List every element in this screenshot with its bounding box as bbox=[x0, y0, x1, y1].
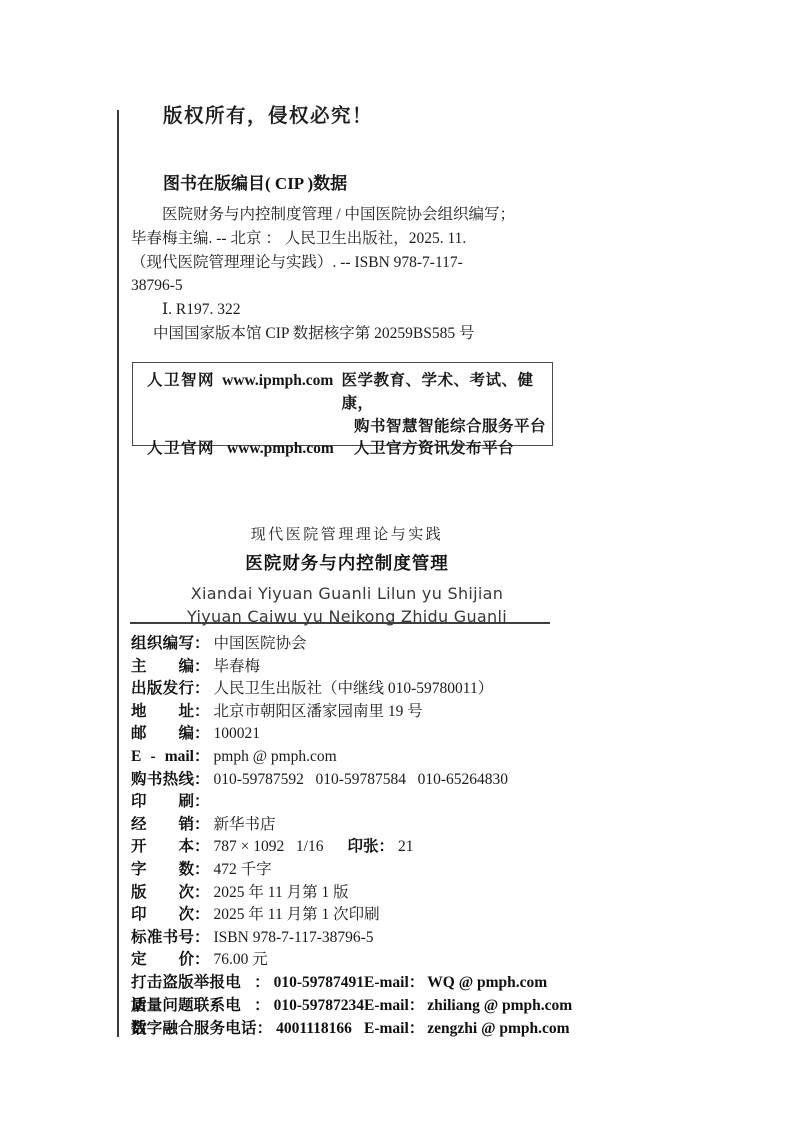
info-value: 新华书店 bbox=[214, 814, 276, 837]
info-colon: ： bbox=[194, 678, 210, 701]
info-label: 标准书号 bbox=[131, 927, 194, 950]
email-value: WQ @ pmph.com bbox=[427, 972, 547, 995]
platform-url: www.pmph.com bbox=[227, 438, 354, 461]
hotline-label: 数字融合服务电话 bbox=[131, 1018, 257, 1041]
info-row: 定价：76.00 元 bbox=[131, 949, 508, 972]
platform-desc: 购书智慧智能综合服务平台 bbox=[354, 416, 546, 439]
hotline-list: 打击盗版举报电话：010-59787491 E-mail：WQ @ pmph.c… bbox=[131, 972, 572, 1041]
cip-line: 毕春梅主编. -- 北京 ： 人民卫生出版社，2025. 11. bbox=[131, 227, 579, 251]
info-value: 人民卫生出版社（中继线 010-59780011） bbox=[214, 678, 494, 701]
info-row: 购书热线：010-59787592 010-59787584 010-65264… bbox=[131, 769, 508, 792]
info-colon: ： bbox=[194, 656, 210, 679]
info-label: 印刷 bbox=[131, 791, 194, 814]
info-value: ISBN 978-7-117-38796-5 bbox=[214, 927, 374, 950]
yinzhang-value: 21 bbox=[398, 836, 414, 859]
info-row: 印次：2025 年 11 月第 1 次印刷 bbox=[131, 904, 508, 927]
info-colon: ： bbox=[194, 746, 210, 769]
title-block: 现代医院管理理论与实践 医院财务与内控制度管理 Xiandai Yiyuan G… bbox=[131, 523, 563, 628]
platform-url bbox=[227, 416, 354, 439]
email-value: zhiliang @ pmph.com bbox=[427, 995, 572, 1018]
service-row: 人卫官网 www.pmph.com 人卫官方资讯发布平台 bbox=[147, 438, 552, 461]
info-value: 787 × 1092 1/16 bbox=[214, 836, 348, 859]
info-label: 定价 bbox=[131, 949, 194, 972]
email-label: E-mail bbox=[364, 1018, 409, 1041]
info-label: 地址 bbox=[131, 701, 194, 724]
hotline-row: 打击盗版举报电话：010-59787491 E-mail：WQ @ pmph.c… bbox=[131, 972, 572, 995]
hotline-phone: 010-59787234 bbox=[274, 995, 364, 1018]
info-value: pmph @ pmph.com bbox=[214, 746, 337, 769]
hotline-row: 数字融合服务电话：4001118166 E-mail：zengzhi @ pmp… bbox=[131, 1018, 572, 1041]
info-row: 出版发行：人民卫生出版社（中继线 010-59780011） bbox=[131, 678, 508, 701]
hotline-group: 数字融合服务电话：4001118166 bbox=[131, 1018, 364, 1041]
info-colon: ： bbox=[194, 859, 210, 882]
info-row: 经销：新华书店 bbox=[131, 814, 508, 837]
info-row: 组织编写：中国医院协会 bbox=[131, 633, 508, 656]
info-label: E - mail bbox=[131, 746, 194, 769]
platform-desc: 医学教育、学术、考试、健康， bbox=[342, 370, 553, 416]
info-label: 印次 bbox=[131, 904, 194, 927]
info-value: 毕春梅 bbox=[214, 656, 261, 679]
info-colon: ： bbox=[194, 701, 210, 724]
platform-name bbox=[147, 416, 227, 439]
info-colon: ： bbox=[194, 814, 210, 837]
cip-heading-pre: 图书在版编目 bbox=[163, 174, 265, 193]
info-value: 2025 年 11 月第 1 版 bbox=[214, 882, 349, 905]
info-label: 组织编写 bbox=[131, 633, 194, 656]
info-row: 地址：北京市朝阳区潘家园南里 19 号 bbox=[131, 701, 508, 724]
info-value: 2025 年 11 月第 1 次印刷 bbox=[214, 904, 380, 927]
page-spine-line bbox=[117, 110, 119, 1037]
info-row: E - mail：pmph @ pmph.com bbox=[131, 746, 508, 769]
info-colon: ： bbox=[409, 995, 425, 1018]
hotline-row: 质量问题联系电话：010-59787234 E-mail：zhiliang @ … bbox=[131, 995, 572, 1018]
publication-info-list: 组织编写：中国医院协会 主编：毕春梅 出版发行：人民卫生出版社（中继线 010-… bbox=[131, 633, 508, 972]
info-colon: ： bbox=[409, 1018, 425, 1041]
cip-data-block: 医院财务与内控制度管理 / 中国医院协会组织编写； 毕春梅主编. -- 北京 ：… bbox=[131, 203, 579, 346]
info-colon: ： bbox=[194, 723, 210, 746]
info-row: 邮编：100021 bbox=[131, 723, 508, 746]
info-label: 购书热线 bbox=[131, 769, 194, 792]
info-label: 邮编 bbox=[131, 723, 194, 746]
pinyin-series: Xiandai Yiyuan Guanli Lilun yu Shijian bbox=[131, 582, 563, 605]
info-colon: ： bbox=[257, 1018, 273, 1041]
info-row: 版次：2025 年 11 月第 1 版 bbox=[131, 882, 508, 905]
yinzhang-label: 印张 bbox=[348, 836, 379, 859]
email-value: zengzhi @ pmph.com bbox=[427, 1018, 569, 1041]
info-label: 出版发行 bbox=[131, 678, 194, 701]
service-row: 购书智慧智能综合服务平台 bbox=[147, 416, 552, 439]
divider-rule bbox=[130, 622, 550, 624]
info-row: 标准书号：ISBN 978-7-117-38796-5 bbox=[131, 927, 508, 950]
info-row: 主编：毕春梅 bbox=[131, 656, 508, 679]
info-colon: ： bbox=[194, 791, 210, 814]
info-colon: ： bbox=[254, 972, 270, 995]
platform-name: 人卫官网 bbox=[147, 438, 227, 461]
platform-desc: 人卫官方资讯发布平台 bbox=[354, 438, 514, 461]
info-colon: ： bbox=[194, 633, 210, 656]
cip-line: 中国国家版本馆 CIP 数据核字第 20259BS585 号 bbox=[131, 322, 579, 346]
info-colon: ： bbox=[194, 949, 210, 972]
info-label: 字数 bbox=[131, 859, 194, 882]
pinyin-title: Yiyuan Caiwu yu Neikong Zhidu Guanli bbox=[131, 605, 563, 628]
info-value: 76.00 元 bbox=[214, 949, 268, 972]
info-colon: ： bbox=[194, 836, 210, 859]
info-value: 100021 bbox=[214, 723, 261, 746]
info-colon: ： bbox=[254, 995, 270, 1018]
email-label: E-mail bbox=[364, 995, 409, 1018]
info-row-kaiben: 开本：787 × 1092 1/16印张：21 bbox=[131, 836, 508, 859]
hotline-phone: 010-59787491 bbox=[274, 972, 364, 995]
info-colon: ： bbox=[194, 769, 210, 792]
cip-line: 38796-5 bbox=[131, 274, 579, 298]
cip-heading-cip: ( CIP ) bbox=[265, 174, 313, 193]
copyright-notice: 版权所有，侵权必究！ bbox=[163, 100, 373, 128]
info-colon: ： bbox=[194, 927, 210, 950]
copyright-page: 版权所有，侵权必究！ 图书在版编目( CIP )数据 医院财务与内控制度管理 /… bbox=[0, 0, 800, 1146]
service-row: 人卫智网 www.ipmph.com 医学教育、学术、考试、健康， bbox=[147, 370, 552, 416]
info-value: 中国医院协会 bbox=[214, 633, 307, 656]
cip-heading: 图书在版编目( CIP )数据 bbox=[163, 169, 347, 194]
publisher-services-box: 人卫智网 www.ipmph.com 医学教育、学术、考试、健康， 购书智慧智能… bbox=[132, 362, 553, 446]
info-row: 字数：472 千字 bbox=[131, 859, 508, 882]
cip-line: （现代医院管理理论与实践）. -- ISBN 978-7-117- bbox=[131, 251, 579, 275]
info-value: 010-59787592 010-59787584 010-65264830 bbox=[214, 769, 509, 792]
hotline-phone: 4001118166 bbox=[276, 1018, 352, 1041]
cip-line: Ⅰ. R197. 322 bbox=[131, 298, 579, 322]
platform-url: www.ipmph.com bbox=[222, 370, 341, 416]
info-label: 版次 bbox=[131, 882, 194, 905]
info-value: 北京市朝阳区潘家园南里 19 号 bbox=[214, 701, 423, 724]
series-title: 现代医院管理理论与实践 bbox=[131, 523, 563, 544]
info-row: 印刷： bbox=[131, 791, 508, 814]
book-title: 医院财务与内控制度管理 bbox=[131, 550, 563, 575]
info-colon: ： bbox=[194, 882, 210, 905]
info-value: 472 千字 bbox=[214, 859, 272, 882]
platform-name: 人卫智网 bbox=[147, 370, 222, 416]
info-label: 主编 bbox=[131, 656, 194, 679]
info-colon: ： bbox=[379, 836, 395, 859]
info-colon: ： bbox=[409, 972, 425, 995]
info-label: 经销 bbox=[131, 814, 194, 837]
cip-line: 医院财务与内控制度管理 / 中国医院协会组织编写； bbox=[131, 203, 579, 227]
info-label: 开本 bbox=[131, 836, 194, 859]
email-label: E-mail bbox=[364, 972, 409, 995]
info-colon: ： bbox=[194, 904, 210, 927]
cip-heading-post: 数据 bbox=[313, 174, 347, 193]
